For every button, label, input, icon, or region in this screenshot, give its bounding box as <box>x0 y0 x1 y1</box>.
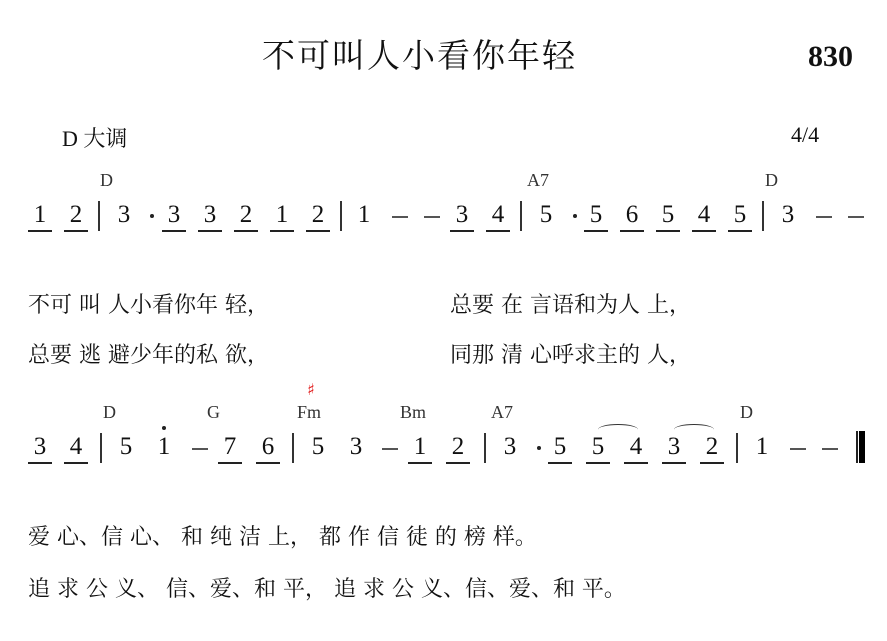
note: 3 <box>776 200 800 232</box>
barline <box>736 433 738 463</box>
note: 1 <box>28 200 52 232</box>
note: 5 <box>548 432 572 464</box>
barline <box>762 201 764 231</box>
note: 1 <box>408 432 432 464</box>
barline <box>484 433 486 463</box>
hymn-title: 不可叫人小看你年轻 <box>262 30 577 77</box>
note: 2 <box>700 432 724 464</box>
note: 3 <box>344 432 368 464</box>
sustain-dash <box>822 448 838 450</box>
note: 3 <box>198 200 222 232</box>
lyric-line: 总要 在 言语和为人 上， <box>450 288 691 319</box>
sustain-dash <box>382 448 398 450</box>
sustain-dash <box>848 216 864 218</box>
lyric-line: 总要 逃 避少年的私 欲， <box>28 338 269 369</box>
dotted-rhythm-dot <box>537 446 541 450</box>
note: 5 <box>728 200 752 232</box>
note: 1 <box>750 432 774 464</box>
lyric-line: 同那 清 心呼求主的 人， <box>450 338 691 369</box>
chord-symbol: D <box>103 402 116 423</box>
note: 3 <box>662 432 686 464</box>
chord-symbol: Fm <box>297 402 321 423</box>
note: 2 <box>446 432 470 464</box>
note: 3 <box>28 432 52 464</box>
note: 3 <box>498 432 522 464</box>
barline <box>98 201 100 231</box>
final-barline-thick <box>859 431 865 463</box>
sustain-dash <box>392 216 408 218</box>
barline <box>520 201 522 231</box>
note: 7 <box>218 432 242 464</box>
note: 3 <box>450 200 474 232</box>
barline <box>340 201 342 231</box>
note: 5 <box>586 432 610 464</box>
sustain-dash <box>816 216 832 218</box>
note: 3 <box>162 200 186 232</box>
sharp-sign-icon: ♯ <box>307 380 315 399</box>
note: 3 <box>112 200 136 232</box>
chord-symbol: D <box>100 170 113 191</box>
note: 5 <box>114 432 138 464</box>
note: 1 <box>352 200 376 232</box>
note: 5 <box>584 200 608 232</box>
chord-symbol: Bm <box>400 402 426 423</box>
high-octave-dot <box>162 426 166 430</box>
key-signature: D 大调 <box>62 122 127 153</box>
sustain-dash <box>424 216 440 218</box>
lyric-line: 追 求 公 义、 信、爱、和 平， 追 求 公 义、信、爱、和 平。 <box>28 572 626 603</box>
note: 2 <box>306 200 330 232</box>
lyric-line: 不可 叫 人小看你年 轻， <box>28 288 269 319</box>
hymn-number: 830 <box>808 40 853 74</box>
note: 5 <box>534 200 558 232</box>
final-barline-thin <box>856 431 858 463</box>
time-signature: 4/4 <box>791 122 819 148</box>
note: 4 <box>692 200 716 232</box>
chord-symbol: D <box>765 170 778 191</box>
sustain-dash <box>790 448 806 450</box>
dotted-rhythm-dot <box>573 214 577 218</box>
chord-symbol: D <box>740 402 753 423</box>
note: 1 <box>152 432 176 464</box>
note: 2 <box>234 200 258 232</box>
sustain-dash <box>192 448 208 450</box>
barline <box>292 433 294 463</box>
note: 4 <box>64 432 88 464</box>
note: 2 <box>64 200 88 232</box>
chord-symbol: A7 <box>527 170 549 191</box>
note: 5 <box>306 432 330 464</box>
note: 4 <box>486 200 510 232</box>
note: 1 <box>270 200 294 232</box>
barline <box>100 433 102 463</box>
note: 4 <box>624 432 648 464</box>
note: 6 <box>256 432 280 464</box>
slur-arc <box>674 424 714 435</box>
note: 5 <box>656 200 680 232</box>
dotted-rhythm-dot <box>150 214 154 218</box>
slur-arc <box>598 424 638 435</box>
chord-symbol: A7 <box>491 402 513 423</box>
note: 6 <box>620 200 644 232</box>
lyric-line: 爱 心、信 心、 和 纯 洁 上， 都 作 信 徒 的 榜 样。 <box>28 520 537 551</box>
chord-symbol: G <box>207 402 220 423</box>
